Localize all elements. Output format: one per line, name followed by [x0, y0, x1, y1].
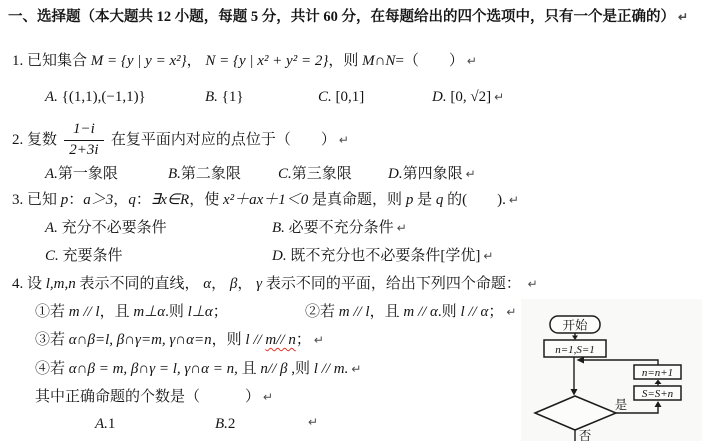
- option-value: 1: [108, 416, 116, 432]
- option-value: 既不充分也不必要条件[学优]: [287, 248, 481, 264]
- option-value: 第四象限: [403, 166, 463, 182]
- q2-option-d: D.第四象限↵: [388, 165, 476, 184]
- text-segment: 的( ).: [443, 192, 506, 208]
- text-segment: 已知: [27, 192, 61, 208]
- q2-stem-end: 在复平面内对应的点位于（ ）↵: [111, 131, 349, 150]
- text-segment: M = {y | y = x²}: [91, 53, 187, 69]
- text-segment: .则: [165, 304, 188, 320]
- option-label: B.: [168, 166, 181, 182]
- text-segment: ，: [113, 192, 128, 208]
- option-value: [0, √2]: [447, 89, 491, 105]
- option-label: A.: [45, 166, 58, 182]
- text-segment: 是真命题，则: [308, 192, 406, 208]
- flowchart-yes-label: 是: [615, 398, 628, 412]
- return-mark: ↵: [308, 415, 318, 430]
- text-segment: 是: [413, 192, 436, 208]
- text-segment: 表示不同的平面，给出下列四个命题：: [262, 276, 525, 292]
- text-segment: ①若: [35, 304, 69, 320]
- text-segment: ；: [296, 332, 311, 348]
- text-segment: ②若: [305, 304, 339, 320]
- return-mark: ↵: [678, 10, 688, 24]
- q3-option-d: D. 既不充分也不必要条件[学优]↵: [272, 247, 493, 266]
- text-segment: M∩N: [362, 53, 395, 69]
- option-value: {(1,1),(−1,1)}: [58, 89, 146, 105]
- fraction-denominator: 2+3i: [67, 141, 100, 159]
- option-value: [0,1]: [332, 89, 365, 105]
- text-segment: ，: [211, 276, 230, 292]
- flowchart-no-label: 否: [579, 429, 592, 441]
- text-segment: 4.: [12, 276, 27, 292]
- text-segment: =（ ）: [395, 53, 463, 69]
- option-value: 2: [228, 416, 236, 432]
- text-segment: α: [203, 276, 211, 292]
- text-segment: m⊥α: [133, 304, 165, 320]
- text-segment: x²＋ax＋1＜0: [223, 192, 308, 208]
- q1-option-a: A. {(1,1),(−1,1)}: [45, 88, 146, 107]
- text-segment: N = {y | x² + y² = 2}: [205, 53, 328, 69]
- flowchart-decision-diamond: [535, 396, 616, 430]
- text-segment: q: [128, 192, 136, 208]
- arrow-up-icon: [655, 401, 662, 407]
- flowchart-start-label: 开始: [562, 318, 588, 333]
- text-segment: 设: [27, 276, 46, 292]
- option-label: D.: [388, 166, 403, 182]
- q4-option-a: A.1: [95, 415, 115, 434]
- q4-proposition-4: ④若 α∩β = m, β∩γ = l, γ∩α = n, 且 n// β ,则…: [35, 360, 361, 379]
- text-segment: m // l: [339, 304, 370, 320]
- text-segment: n// β: [260, 361, 287, 377]
- option-value: 第二象限: [181, 166, 241, 182]
- q4-count-line: 其中正确命题的个数是（ ）↵: [35, 388, 273, 407]
- return-mark: ↵: [263, 390, 273, 404]
- text-segment: ，则: [328, 53, 362, 69]
- flowchart-svg: 开始 n=1,S=1 n=n+1 S=S+n 是: [521, 299, 702, 441]
- q3-option-a: A. 充分不必要条件: [45, 219, 167, 238]
- arrow-up-icon: [655, 380, 662, 385]
- text-segment: , 且: [234, 361, 260, 377]
- text-segment: ：: [136, 192, 151, 208]
- text-segment: 已知集合: [27, 53, 91, 69]
- text-segment: l //: [245, 332, 265, 348]
- text-segment: 在复平面内对应的点位于（ ）: [111, 132, 336, 148]
- option-label: B.: [205, 89, 218, 105]
- option-label: B.: [215, 416, 228, 432]
- option-label: A.: [95, 416, 108, 432]
- text-segment: .则: [438, 304, 461, 320]
- q2-stem-start: 2. 复数: [12, 131, 57, 150]
- exam-document: 一、选择题（本大题共 12 小题，每题 5 分，共计 60 分，在每题给出的四个…: [0, 0, 702, 441]
- option-label: A.: [45, 220, 58, 236]
- return-mark: ↵: [339, 133, 349, 147]
- text-segment: 3.: [12, 192, 27, 208]
- text-segment: a＞3: [83, 192, 113, 208]
- q3-option-c: C. 充要条件: [45, 247, 123, 266]
- flowchart-increment-label: n=n+1: [642, 367, 673, 379]
- text-segment: m// n: [265, 332, 295, 348]
- q3-stem: 3. 已知 p：a＞3，q：∃x∈R，使 x²＋ax＋1＜0 是真命题，则 p …: [12, 191, 519, 210]
- arrow-down-icon: [571, 389, 578, 396]
- text-segment: l // m.: [314, 361, 349, 377]
- text-segment: ,则: [287, 361, 313, 377]
- text-segment: ④若: [35, 361, 69, 377]
- q1-stem: 1. 已知集合 M = {y | y = x²}， N = {y | x² + …: [12, 52, 477, 71]
- return-mark: ↵: [351, 362, 361, 376]
- text-segment: α∩β = m, β∩γ = l, γ∩α = n: [69, 361, 234, 377]
- fraction-numerator: 1−i: [64, 121, 104, 140]
- return-mark: ↵: [314, 333, 324, 347]
- q3-option-b: B. 必要不充分条件↵: [272, 219, 407, 238]
- return-mark: ↵: [467, 54, 477, 68]
- q1-option-d: D. [0, √2]↵: [432, 88, 504, 107]
- text-segment: ，使: [189, 192, 223, 208]
- option-value: 充要条件: [59, 248, 123, 264]
- option-label: D.: [432, 89, 447, 105]
- text-segment: ：: [68, 192, 83, 208]
- option-label: D.: [272, 248, 287, 264]
- text-segment: ，则: [212, 332, 246, 348]
- return-mark: ↵: [397, 221, 407, 235]
- text-segment: ，且: [370, 304, 404, 320]
- flowchart-figure: 开始 n=1,S=1 n=n+1 S=S+n 是: [521, 299, 702, 441]
- text-segment: 表示不同的直线，: [76, 276, 204, 292]
- section-title: 一、选择题（本大题共 12 小题，每题 5 分，共计 60 分，在每题给出的四个…: [8, 8, 688, 26]
- option-value: 第三象限: [292, 166, 352, 182]
- fraction: 1−i 2+3i: [64, 121, 104, 159]
- q2-option-c: C.第三象限: [278, 165, 352, 184]
- text-segment: ，且: [100, 304, 134, 320]
- q4-proposition-2: ②若 m // l，且 m // α.则 l // α；↵: [305, 303, 516, 322]
- text-segment: 复数: [27, 132, 57, 148]
- text-segment: ；: [488, 304, 503, 320]
- text-segment: ③若: [35, 332, 69, 348]
- option-label: C.: [278, 166, 292, 182]
- q4-stem: 4. 设 l,m,n 表示不同的直线， α， β， γ 表示不同的平面，给出下列…: [12, 275, 538, 294]
- text-segment: ，: [187, 53, 206, 69]
- return-mark: ↵: [483, 249, 493, 263]
- option-label: B.: [272, 220, 285, 236]
- return-mark: ↵: [528, 277, 538, 291]
- return-mark: ↵: [494, 90, 504, 104]
- text-segment: 其中正确命题的个数是（ ）: [35, 389, 260, 405]
- text-segment: 2.: [12, 132, 27, 148]
- text-segment: l // α: [460, 304, 488, 320]
- option-value: 第一象限: [58, 166, 118, 182]
- option-value: 必要不充分条件: [285, 220, 394, 236]
- text-segment: α∩β=l, β∩γ=m, γ∩α=n: [69, 332, 212, 348]
- option-value: {1}: [218, 89, 244, 105]
- text-segment: ∃x∈R: [151, 192, 189, 208]
- flowchart-init-label: n=1,S=1: [555, 344, 595, 356]
- q2-option-a: A.第一象限: [45, 165, 118, 184]
- q4-proposition-1: ①若 m // l，且 m⊥α.则 l⊥α；: [35, 303, 228, 322]
- return-mark: ↵: [466, 167, 476, 181]
- option-value: 充分不必要条件: [58, 220, 167, 236]
- option-label: A.: [45, 89, 58, 105]
- text-segment: m // l: [69, 304, 100, 320]
- option-label: C.: [45, 248, 59, 264]
- text-segment: m // α: [403, 304, 438, 320]
- text-segment: 1.: [12, 53, 27, 69]
- q4-option-b: B.2: [215, 415, 235, 434]
- flowchart-sum-label: S=S+n: [642, 388, 674, 400]
- q2-stem: 2. 复数 1−i 2+3i 在复平面内对应的点位于（ ）↵: [12, 118, 349, 162]
- text-segment: 一、选择题（本大题共 12 小题，每题 5 分，共计 60 分，在每题给出的四个…: [8, 9, 675, 25]
- q1-option-c: C. [0,1]: [318, 88, 364, 107]
- text-segment: ，: [237, 276, 256, 292]
- return-mark: ↵: [509, 193, 519, 207]
- option-label: C.: [318, 89, 332, 105]
- q2-option-b: B.第二象限: [168, 165, 241, 184]
- text-segment: l,m,n: [46, 276, 76, 292]
- q4-proposition-3: ③若 α∩β=l, β∩γ=m, γ∩α=n，则 l // m// n；↵: [35, 331, 324, 350]
- return-mark: ↵: [506, 305, 516, 319]
- text-segment: ；: [213, 304, 228, 320]
- text-segment: l⊥α: [188, 304, 213, 320]
- q1-option-b: B. {1}: [205, 88, 244, 107]
